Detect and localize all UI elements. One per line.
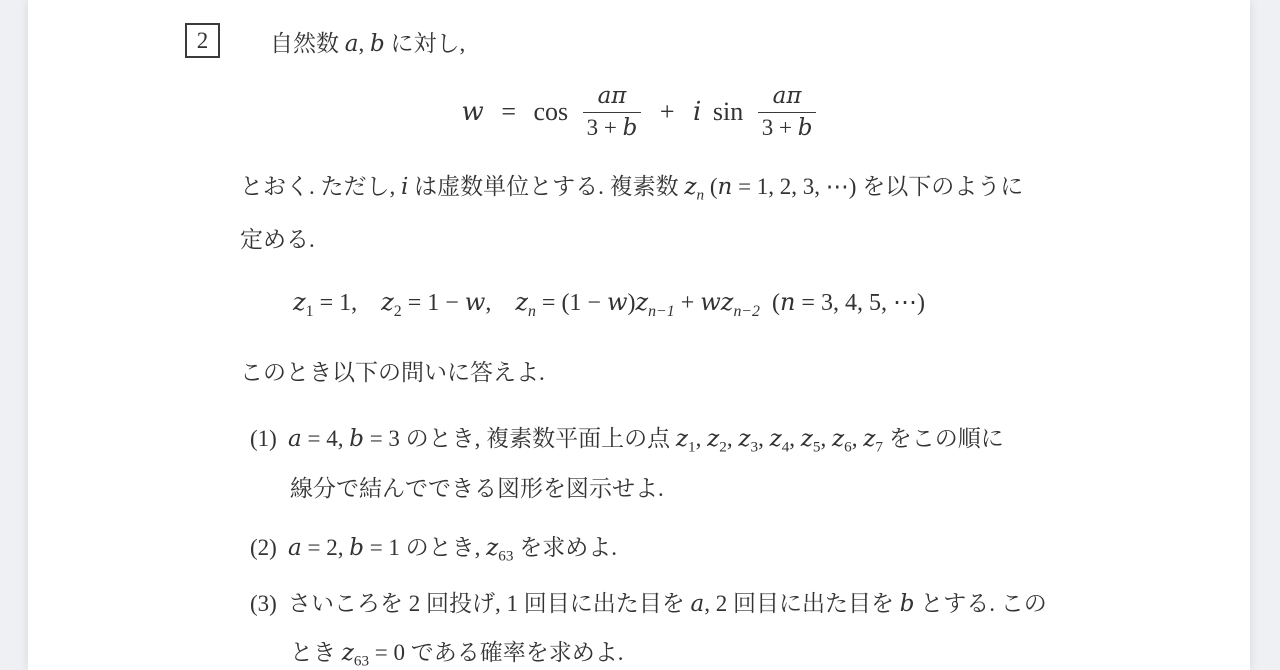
question-1-line-2: 線分で結んでできる図形を図示せよ. [290,472,664,507]
plus-sign: + [660,97,675,126]
document-page: 2 自然数 a, b に対し, w = cos aπ 3 + b + i sin… [28,0,1250,670]
imaginary-unit: i [693,97,701,127]
formula-line: w = cos aπ 3 + b + i sin aπ 3 + b [28,84,1250,145]
equals-sign: = [501,97,516,126]
problem-number-box: 2 [185,23,220,58]
fraction-cos: aπ 3 + b [583,82,642,143]
intro-line: 自然数 a, b に対し, [270,27,465,62]
recurrence-line: z1 = 1, z2 = 1 − w, zn = (1 − w)zn−1 + w… [293,288,925,317]
question-3-text: さいころを 2 回投げ, 1 回目に出た目を a, 2 回目に出た目を b とす… [288,587,1047,622]
fraction-denominator: 3 + b [583,113,642,143]
question-1-text: a = 4, b = 3 のとき, 複素数平面上の点 z1, z2, z3, z… [288,422,1004,457]
prompt-line: このとき以下の問いに答えよ. [240,356,545,391]
question-1-marker: (1) [250,422,288,457]
question-2-line-1: (2) a = 2, b = 1 のとき, z63 を求めよ. [250,531,1100,566]
question-2-marker: (2) [250,531,288,566]
problem-number: 2 [197,28,209,54]
question-3-line-1: (3) さいころを 2 回投げ, 1 回目に出た目を a, 2 回目に出た目を … [250,587,1100,622]
question-2-text: a = 2, b = 1 のとき, z63 を求めよ. [288,531,617,566]
fraction-denominator: 3 + b [758,113,817,143]
cos-function: cos [533,97,568,126]
question-3-line-2: とき z63 = 0 である確率を求めよ. [290,636,624,670]
exam-page-screenshot: { "problem": { "number": "2", "intro_seg… [0,0,1280,670]
question-1-line-1: (1) a = 4, b = 3 のとき, 複素数平面上の点 z1, z2, z… [250,422,1100,457]
fraction-numerator: aπ [758,82,817,113]
fraction-numerator: aπ [583,82,642,113]
definition-line-2: 定める. [240,223,315,258]
definition-line-1: とおく. ただし, i は虚数単位とする. 複素数 zn (n = 1, 2, … [240,170,1023,205]
fraction-sin: aπ 3 + b [758,82,817,143]
question-3-marker: (3) [250,587,288,622]
sin-function: sin [713,97,743,126]
var-w: w [462,97,484,127]
